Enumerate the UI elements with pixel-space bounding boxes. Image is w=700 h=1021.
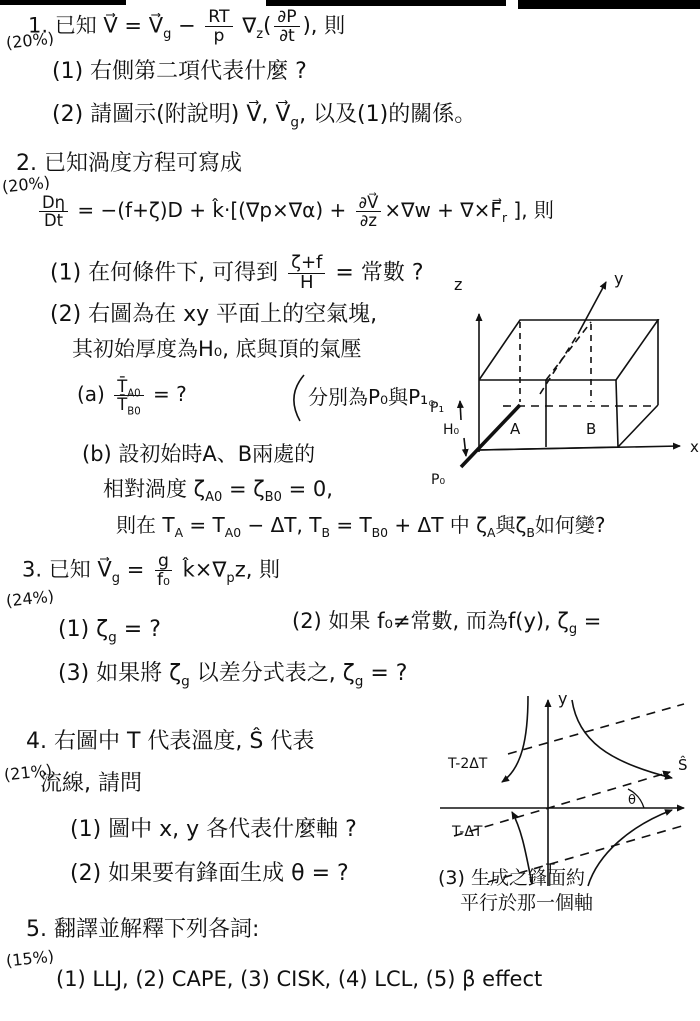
streamline-upper-left xyxy=(502,696,528,782)
question-2-item-b-line-2: 相對渦度 ζA0 = ζB0 = 0, xyxy=(103,478,333,502)
question-2-item-1: (1) 在何條件下, 可得到 ζ+fH = 常數 ? xyxy=(50,254,424,293)
airmass-box-diagram: z y x A B H₀ P₁ P₀ xyxy=(428,262,700,488)
height-arrow-down xyxy=(464,438,466,456)
height-label: H₀ xyxy=(443,422,460,438)
height-arrow-up xyxy=(460,401,461,420)
cell-a-label: A xyxy=(510,420,521,438)
isotherm-t xyxy=(488,826,682,882)
question-3-item-2: (2) 如果 f₀≠常數, 而為f(y), ζg = xyxy=(292,610,601,634)
question-5-items: (1) LLJ, (2) CAPE, (3) CISK, (4) LCL, (5… xyxy=(56,968,542,992)
question-5-percent: (15%) xyxy=(5,948,55,971)
streamline-lower-left xyxy=(512,812,532,884)
cell-b-label: B xyxy=(586,420,596,438)
question-4-line-2: 流線, 請問 xyxy=(40,772,142,797)
pressure-bottom-label: P₀ xyxy=(431,472,445,488)
annotation-connector-stroke xyxy=(284,372,308,424)
scan-artifact-bar xyxy=(518,0,700,9)
scan-artifact-bar xyxy=(0,0,126,5)
question-2-item-2-line-1: (2) 右圖為在 xy 平面上的空氣塊, xyxy=(50,303,377,328)
handwritten-exam-page: 1. 已知 V⃗ = V⃗g − RTp ∇z(∂P∂t), 則 (20%) (… xyxy=(0,0,700,1021)
question-4-line-1: 4. 右圖中 T 代表溫度, Ŝ 代表 xyxy=(26,730,314,755)
scan-artifact-bar xyxy=(266,0,506,6)
question-1-item-2: (2) 請圖示(附說明) V⃗, V⃗g, 以及(1)的關係。 xyxy=(52,103,476,128)
x-axis-label: x xyxy=(690,438,699,456)
question-2-item-b-line-1: (b) 設初始時A、B兩處的 xyxy=(82,443,315,467)
streamline-axis-label: Ŝ xyxy=(678,755,688,774)
question-3-item-1: (1) ζg = ? xyxy=(58,618,161,643)
question-3-percent: (24%) xyxy=(5,588,55,611)
isotherm-t-minus-2dt xyxy=(508,704,684,754)
z-axis-label: z xyxy=(454,275,462,294)
question-2-item-2-line-2: 其初始厚度為H₀, 底與頂的氣壓 xyxy=(72,338,362,362)
question-1-item-1: (1) 右側第二項代表什麼 ? xyxy=(52,60,307,85)
question-1-equation: 1. 已知 V⃗ = V⃗g − RTp ∇z(∂P∂t), 則 xyxy=(28,8,345,45)
question-2-intro: 2. 已知渦度方程可寫成 xyxy=(16,152,242,177)
streamline-upper-right xyxy=(572,700,672,778)
isotherm-label-t-minus-dt: T-ΔT xyxy=(451,824,483,840)
streamline-lower-right xyxy=(588,810,672,886)
question-3-item-3: (3) 如果將 ζg 以差分式表之, ζg = ? xyxy=(58,662,408,687)
isotherm-label-t-minus-2dt: T-2ΔT xyxy=(447,756,488,772)
question-5-line-1: 5. 翻譯並解釋下列各詞: xyxy=(26,918,259,943)
question-2-item-b-line-3: 則在 TA = TA0 − ΔT, TB = TB0 + ΔT 中 ζA與ζB如… xyxy=(116,514,606,536)
question-1-percent: (20%) xyxy=(5,30,55,53)
question-4-item-1: (1) 圖中 x, y 各代表什麼軸 ? xyxy=(70,818,357,843)
question-4-item-3-line-2: 平行於那一個軸 xyxy=(460,893,593,914)
question-4-item-2: (2) 如果要有鋒面生成 θ = ? xyxy=(70,862,349,887)
y-axis xyxy=(578,282,606,334)
question-3-equation: 3. 已知 V⃗g = gf₀ k̂×∇pz, 則 xyxy=(22,552,280,589)
theta-label: θ xyxy=(628,793,636,808)
question-2-equation: DηDt = −(f+ζ)D + k̂·[(∇p×∇α) + ∂V⃗∂z×∇w … xyxy=(36,194,554,229)
y-axis-label: y xyxy=(558,689,567,708)
pressure-top-label: P₁ xyxy=(430,400,444,416)
isotherm-label-t: T xyxy=(545,862,555,878)
deformation-flow-diagram: y Ŝ θ T-2ΔT T-ΔT T xyxy=(432,684,700,892)
question-2-item-a: (a) T̄A0T̄B0 = ? xyxy=(77,378,187,413)
y-axis-label: y xyxy=(614,269,623,288)
